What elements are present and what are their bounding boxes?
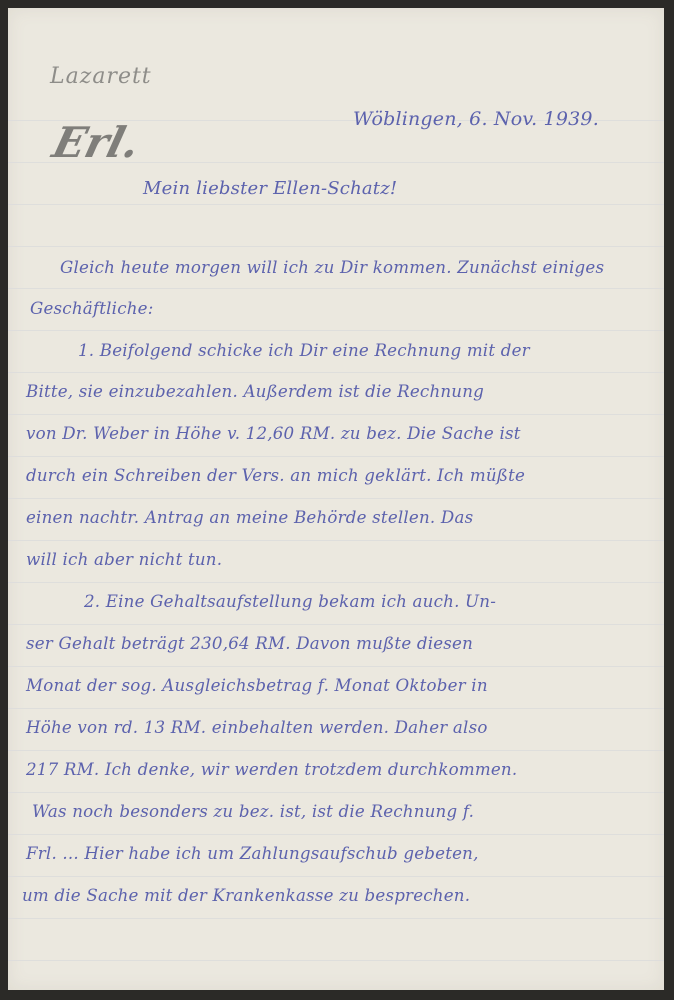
body-line: Gleich heute morgen will ich zu Dir komm…	[60, 258, 604, 278]
ruled-line	[8, 456, 664, 457]
body-line: Was noch besonders zu bez. ist, ist die …	[32, 802, 474, 822]
body-line: von Dr. Weber in Höhe v. 12,60 RM. zu be…	[26, 424, 521, 444]
body-line: einen nachtr. Antrag an meine Behörde st…	[26, 508, 473, 528]
place-and-date: Wöblingen, 6. Nov. 1939.	[353, 108, 599, 130]
ruled-line	[8, 288, 664, 289]
body-line: Höhe von rd. 13 RM. einbehalten werden. …	[26, 718, 488, 738]
ruled-line	[8, 540, 664, 541]
body-line: um die Sache mit der Krankenkasse zu bes…	[22, 886, 470, 906]
body-line: 217 RM. Ich denke, wir werden trotzdem d…	[26, 760, 517, 780]
body-line: Monat der sog. Ausgleichsbetrag f. Monat…	[26, 676, 488, 696]
ruled-line	[8, 246, 664, 247]
ruled-line	[8, 330, 664, 331]
ruled-line	[8, 960, 664, 961]
ruled-line	[8, 582, 664, 583]
ruled-line	[8, 414, 664, 415]
body-line: will ich aber nicht tun.	[26, 550, 222, 570]
ruled-line	[8, 498, 664, 499]
body-line: Geschäftliche:	[30, 299, 154, 319]
body-line: ser Gehalt beträgt 230,64 RM. Davon mußt…	[26, 634, 473, 654]
body-line: 2. Eine Gehaltsaufstellung bekam ich auc…	[84, 592, 496, 612]
body-line: Bitte, sie einzubezahlen. Außerdem ist d…	[26, 382, 484, 402]
ruled-line	[8, 792, 664, 793]
pencil-annotation-mark: Erl.	[48, 118, 145, 167]
ruled-line	[8, 918, 664, 919]
scanned-letter: Lazarett Erl. Wöblingen, 6. Nov. 1939. M…	[0, 0, 674, 1000]
ruled-line	[8, 666, 664, 667]
ruled-line	[8, 834, 664, 835]
body-line: durch ein Schreiben der Vers. an mich ge…	[26, 466, 525, 486]
ruled-line	[8, 708, 664, 709]
ruled-line	[8, 750, 664, 751]
salutation: Mein liebster Ellen-Schatz!	[143, 178, 397, 199]
ruled-line	[8, 624, 664, 625]
pencil-annotation-lazarett: Lazarett	[50, 64, 152, 89]
ruled-line	[8, 372, 664, 373]
letter-page: Lazarett Erl. Wöblingen, 6. Nov. 1939. M…	[8, 8, 664, 990]
ruled-line	[8, 876, 664, 877]
body-line: 1. Beifolgend schicke ich Dir eine Rechn…	[78, 341, 530, 361]
ruled-line	[8, 204, 664, 205]
body-line: Frl. ... Hier habe ich um Zahlungsaufsch…	[26, 844, 479, 864]
